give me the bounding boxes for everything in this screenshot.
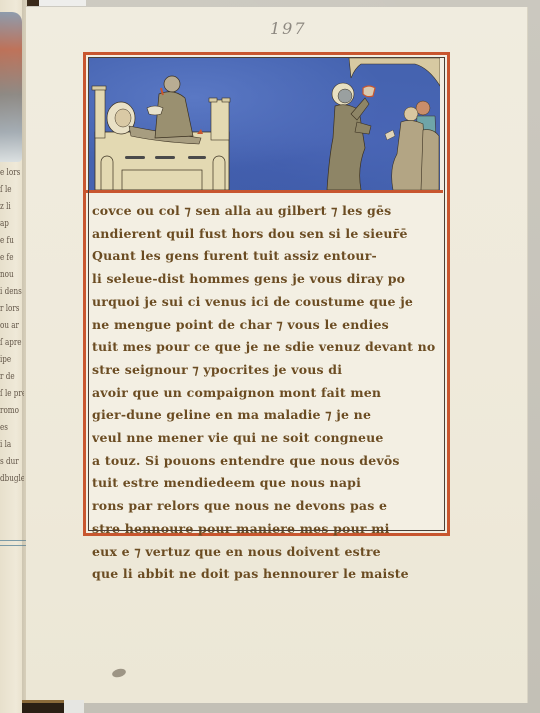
adjacent-text-line: ſ le pre (0, 386, 19, 403)
adjacent-text-line: ſ le (0, 182, 19, 199)
adjacent-text-line: z li (0, 199, 19, 216)
adjacent-text-line: s dur (0, 454, 19, 471)
adjacent-text-line: r lors (0, 301, 19, 318)
frame-ruling (88, 57, 445, 531)
adjacent-text-line: i la (0, 437, 19, 454)
adjacent-text-line: r de (0, 369, 19, 386)
white-calibration-strip-bottom (64, 700, 84, 713)
adjacent-text-line: e fe (0, 250, 19, 267)
adjacent-page-text: e lors ſ le z li ap e fu e fe nou i dens… (0, 165, 24, 545)
adjacent-page-miniature (0, 12, 22, 162)
text-line-17: que li abbit ne doit pas hennourer le ma… (92, 563, 438, 586)
adjacent-text-line: nou (0, 267, 19, 284)
manuscript-page: 197 (26, 7, 527, 703)
text-line-16: eux e ⁊ vertuz que en nous doivent estre (92, 541, 438, 564)
adjacent-text-line: e lors (0, 165, 19, 182)
adjacent-text-line: es (0, 420, 19, 437)
color-calibration-strip-bottom (22, 700, 64, 713)
adjacent-text-line: e fu (0, 233, 19, 250)
adjacent-text-line: ipe (0, 352, 19, 369)
adjacent-text-line: romo (0, 403, 19, 420)
text-frame: covce ou col ⁊ sen alla au gilbert ⁊ les… (83, 52, 450, 536)
adjacent-text-line: dbugle (0, 471, 19, 488)
white-calibration-strip (39, 0, 86, 6)
adjacent-text-line: ou ar (0, 318, 19, 335)
folio-number: 197 (270, 19, 307, 38)
parchment-stain (111, 667, 127, 678)
adjacent-text-line: ſ apre (0, 335, 19, 352)
adjacent-text-line: i dens (0, 284, 19, 301)
adjacent-text-line: ap (0, 216, 19, 233)
